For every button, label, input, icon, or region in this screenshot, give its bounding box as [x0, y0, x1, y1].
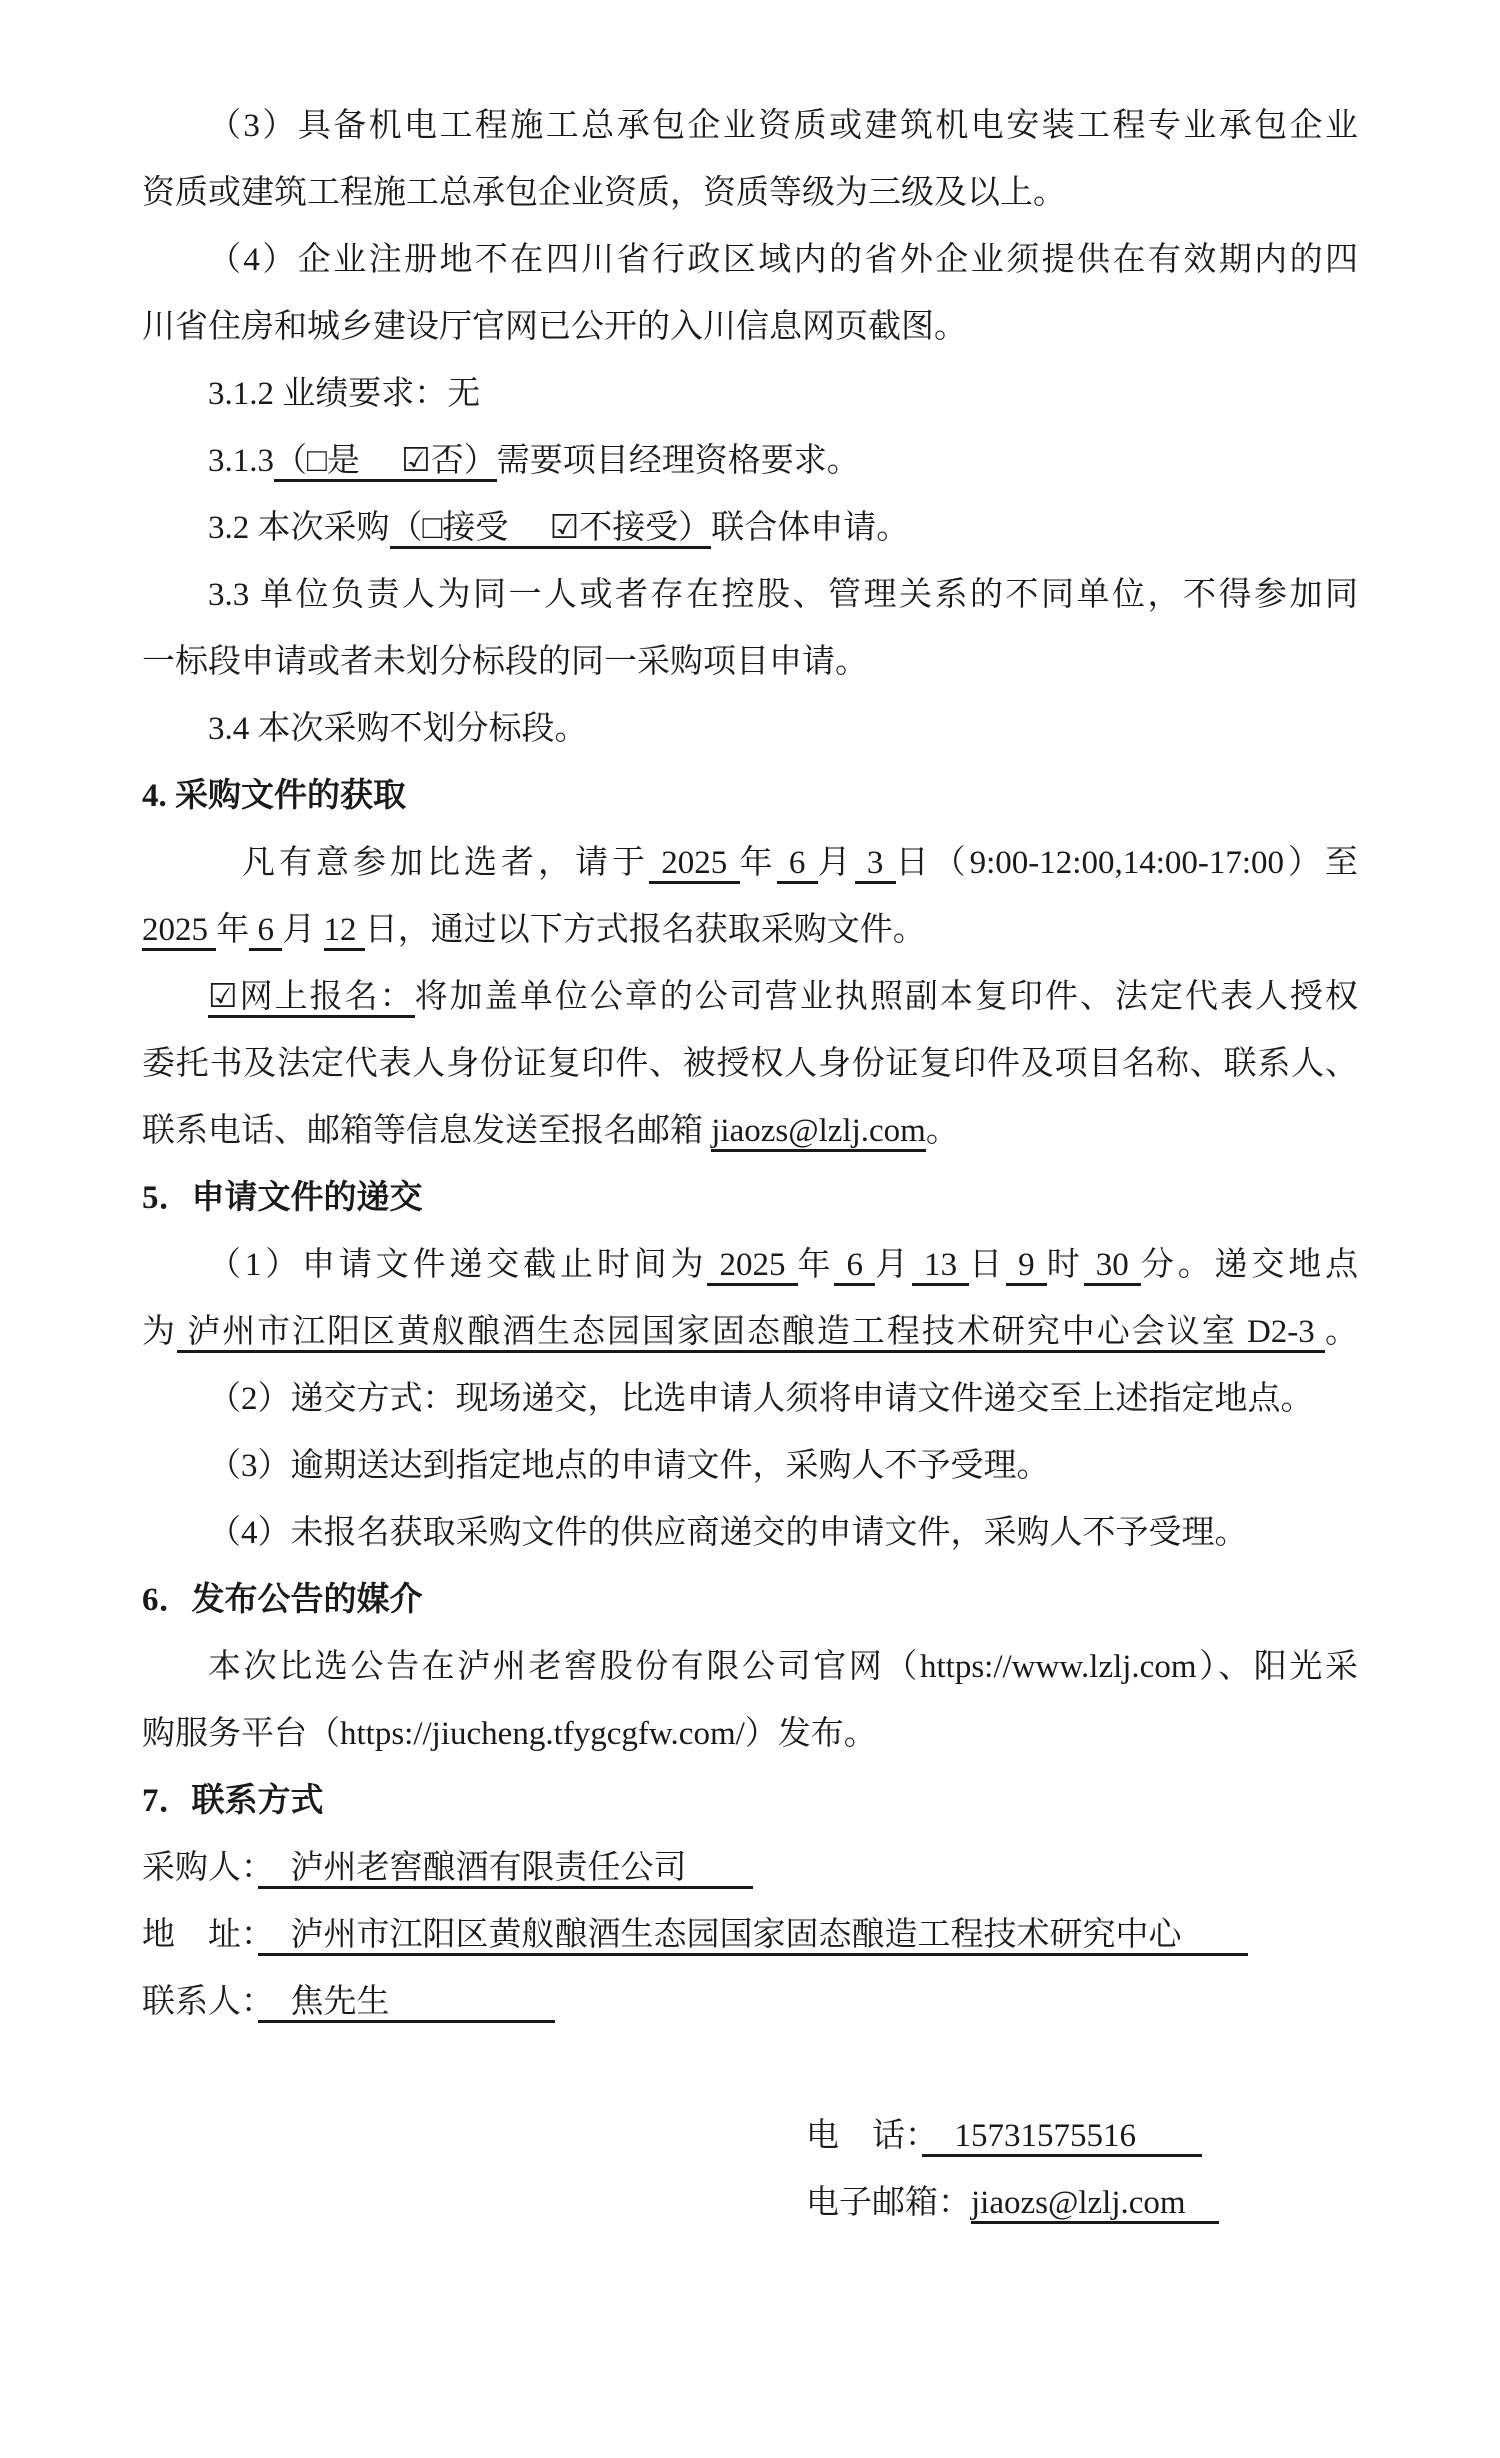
underlined-text: jiaozs@lzlj.com — [711, 1113, 926, 1152]
text-run: 联合体申请。 — [711, 510, 909, 546]
section-heading-4: 4. 采购文件的获取 — [142, 763, 1358, 830]
text-run: 联系人： — [142, 1984, 258, 2020]
underlined-text: （□接受 ☑不接受） — [390, 510, 712, 549]
clause-3-3-line-1: 3.3 单位负责人为同一人或者存在控股、管理关系的不同单位，不得参加同 — [142, 562, 1358, 629]
underlined-text: 6 — [834, 1247, 875, 1286]
text-run: 月 — [282, 912, 323, 948]
text-run: 日（9:00-12:00,14:00-17:00）至 — [896, 845, 1358, 881]
text-run: 川省住房和城乡建设厅官网已公开的入川信息网页截图。 — [142, 309, 967, 345]
section-4-para-line-2: 2025 年 6 月 12 日，通过以下方式报名获取采购文件。 — [142, 897, 1358, 964]
qualification-item-4-line-1: （4）企业注册地不在四川省行政区域内的省外企业须提供在有效期内的四 — [142, 227, 1358, 294]
text-run: 委托书及法定代表人身份证复印件、被授权人身份证复印件及项目名称、联系人、 — [142, 1046, 1358, 1082]
underlined-text: 2025 — [649, 845, 740, 884]
underlined-text: 6 — [777, 845, 818, 884]
section-5-item-3: （3）逾期送达到指定地点的申请文件，采购人不予受理。 — [142, 1433, 1358, 1500]
text-run: 日，通过以下方式报名获取采购文件。 — [365, 912, 926, 948]
section-5-item-1-line-1: （1）申请文件递交截止时间为 2025 年 6 月 13 日 9 时 30 分。… — [142, 1232, 1358, 1299]
qualification-item-4-line-2: 川省住房和城乡建设厅官网已公开的入川信息网页截图。 — [142, 294, 1358, 361]
text-run: 本次比选公告在泸州老窖股份有限公司官网（https://www.lzlj.com… — [208, 1649, 1358, 1685]
clause-3-1-3: 3.1.3（□是 ☑否）需要项目经理资格要求。 — [142, 428, 1358, 495]
underlined-text: 泸州市江阳区黄舣酿酒生态园国家固态酿造工程技术研究中心 — [258, 1917, 1248, 1956]
section-heading-5: 5．申请文件的递交 — [142, 1165, 1358, 1232]
underlined-text: 泸州老窖酿酒有限责任公司 — [258, 1850, 753, 1889]
underlined-text: 15731575516 — [922, 2118, 1203, 2157]
text-run: 采购人： — [142, 1850, 258, 1886]
text-run: 年 — [216, 912, 249, 948]
text-run: （2）递交方式：现场递交，比选申请人须将申请文件递交至上述指定地点。 — [208, 1381, 1314, 1417]
text-run: 3.1.3 — [208, 443, 274, 479]
underlined-text: 焦先生 — [258, 1984, 555, 2023]
text-run: 联系电话、邮箱等信息发送至报名邮箱 — [142, 1113, 711, 1149]
text-run: 3.1.2 业绩要求：无 — [208, 376, 480, 412]
text-run: 一标段申请或者未划分标段的同一采购项目申请。 — [142, 644, 868, 680]
text-run: 6．发布公告的媒介 — [142, 1582, 423, 1618]
text-run: 为 — [142, 1314, 177, 1350]
text-run: 购服务平台（https://jiucheng.tfygcgfw.com/）发布。 — [142, 1716, 877, 1752]
contact-purchaser-line: 采购人： 泸州老窖酿酒有限责任公司 — [142, 1835, 1358, 1902]
text-run: 月 — [875, 1247, 912, 1283]
underlined-text: 2025 — [142, 912, 216, 951]
text-run: 将加盖单位公章的公司营业执照副本复印件、法定代表人授权 — [415, 979, 1358, 1015]
online-registration-line-2: 委托书及法定代表人身份证复印件、被授权人身份证复印件及项目名称、联系人、 — [142, 1031, 1358, 1098]
text-run: （4）企业注册地不在四川省行政区域内的省外企业须提供在有效期内的四 — [208, 242, 1358, 278]
text-run: 5．申请文件的递交 — [142, 1180, 423, 1216]
text-run: 时 — [1047, 1247, 1084, 1283]
underlined-text: 12 — [324, 912, 365, 951]
text-run: 凡有意参加比选者，请于 — [242, 845, 649, 881]
text-run: 电子邮箱： — [806, 2185, 971, 2221]
text-run: 年 — [740, 845, 777, 881]
underlined-text: 9 — [1006, 1247, 1047, 1286]
clause-3-3-line-2: 一标段申请或者未划分标段的同一采购项目申请。 — [142, 629, 1358, 696]
section-4-para-line-1: 凡有意参加比选者，请于 2025 年 6 月 3 日（9:00-12:00,14… — [142, 830, 1358, 897]
text-run: （3）具备机电工程施工总承包企业资质或建筑机电安装工程专业承包企业 — [208, 108, 1358, 144]
section-6-para-line-2: 购服务平台（https://jiucheng.tfygcgfw.com/）发布。 — [142, 1701, 1358, 1768]
underlined-text: 6 — [249, 912, 282, 951]
section-heading-6: 6．发布公告的媒介 — [142, 1567, 1358, 1634]
blank-line — [142, 2036, 1358, 2103]
underlined-text: 30 — [1084, 1247, 1141, 1286]
text-run: 需要项目经理资格要求。 — [497, 443, 860, 479]
underlined-text: 13 — [912, 1247, 969, 1286]
text-run: 月 — [818, 845, 855, 881]
clause-3-2: 3.2 本次采购（□接受 ☑不接受）联合体申请。 — [142, 495, 1358, 562]
text-run: （1）申请文件递交截止时间为 — [208, 1247, 707, 1283]
underlined-text: （□是 ☑否） — [274, 443, 497, 482]
underlined-text: 3 — [855, 845, 896, 884]
section-heading-7: 7．联系方式 — [142, 1768, 1358, 1835]
text-run: 电 话： — [806, 2118, 922, 2154]
clause-3-4: 3.4 本次采购不划分标段。 — [142, 696, 1358, 763]
online-registration-line-3: 联系电话、邮箱等信息发送至报名邮箱 jiaozs@lzlj.com。 — [142, 1098, 1358, 1165]
qualification-item-3-line-2: 资质或建筑工程施工总承包企业资质，资质等级为三级及以上。 — [142, 160, 1358, 227]
text-run: 分。递交地点 — [1141, 1247, 1358, 1283]
qualification-item-3-line-1: （3）具备机电工程施工总承包企业资质或建筑机电安装工程专业承包企业 — [142, 93, 1358, 160]
text-run: 年 — [798, 1247, 835, 1283]
text-run: 3.3 单位负责人为同一人或者存在控股、管理关系的不同单位，不得参加同 — [208, 577, 1358, 613]
document-page: （3）具备机电工程施工总承包企业资质或建筑机电安装工程专业承包企业 资质或建筑工… — [0, 0, 1500, 2458]
text-run: （3）逾期送达到指定地点的申请文件，采购人不予受理。 — [208, 1448, 1050, 1484]
text-run: 3.2 本次采购 — [208, 510, 390, 546]
online-registration-line-1: ☑网上报名：将加盖单位公章的公司营业执照副本复印件、法定代表人授权 — [142, 964, 1358, 1031]
document-body: （3）具备机电工程施工总承包企业资质或建筑机电安装工程专业承包企业 资质或建筑工… — [142, 93, 1358, 2237]
text-run: 地 址： — [142, 1917, 258, 1953]
underlined-text: ☑网上报名： — [208, 979, 415, 1018]
contact-phone-line: 电 话： 15731575516 — [142, 2103, 1358, 2170]
section-6-para-line-1: 本次比选公告在泸州老窖股份有限公司官网（https://www.lzlj.com… — [142, 1634, 1358, 1701]
text-run: （4）未报名获取采购文件的供应商递交的申请文件，采购人不予受理。 — [208, 1515, 1248, 1551]
section-5-item-4: （4）未报名获取采购文件的供应商递交的申请文件，采购人不予受理。 — [142, 1500, 1358, 1567]
text-run: 。 — [1325, 1314, 1358, 1350]
underlined-text: jiaozs@lzlj.com — [971, 2185, 1219, 2224]
contact-address-line: 地 址： 泸州市江阳区黄舣酿酒生态园国家固态酿造工程技术研究中心 — [142, 1902, 1358, 1969]
clause-3-1-2: 3.1.2 业绩要求：无 — [142, 361, 1358, 428]
section-5-item-2: （2）递交方式：现场递交，比选申请人须将申请文件递交至上述指定地点。 — [142, 1366, 1358, 1433]
text-run: 资质或建筑工程施工总承包企业资质，资质等级为三级及以上。 — [142, 175, 1066, 211]
contact-person-line: 联系人： 焦先生 — [142, 1969, 1358, 2036]
text-run: 4. 采购文件的获取 — [142, 778, 406, 814]
section-5-item-1-line-2: 为 泸州市江阳区黄舣酿酒生态园国家固态酿造工程技术研究中心会议室 D2-3 。 — [142, 1299, 1358, 1366]
text-run: 7．联系方式 — [142, 1783, 324, 1819]
underlined-text: 2025 — [707, 1247, 797, 1286]
text-run: 日 — [969, 1247, 1006, 1283]
text-run: 3.4 本次采购不划分标段。 — [208, 711, 588, 747]
contact-email-line: 电子邮箱：jiaozs@lzlj.com — [142, 2170, 1358, 2237]
text-run: 。 — [926, 1113, 959, 1149]
underlined-text: 泸州市江阳区黄舣酿酒生态园国家固态酿造工程技术研究中心会议室 D2-3 — [177, 1314, 1325, 1353]
